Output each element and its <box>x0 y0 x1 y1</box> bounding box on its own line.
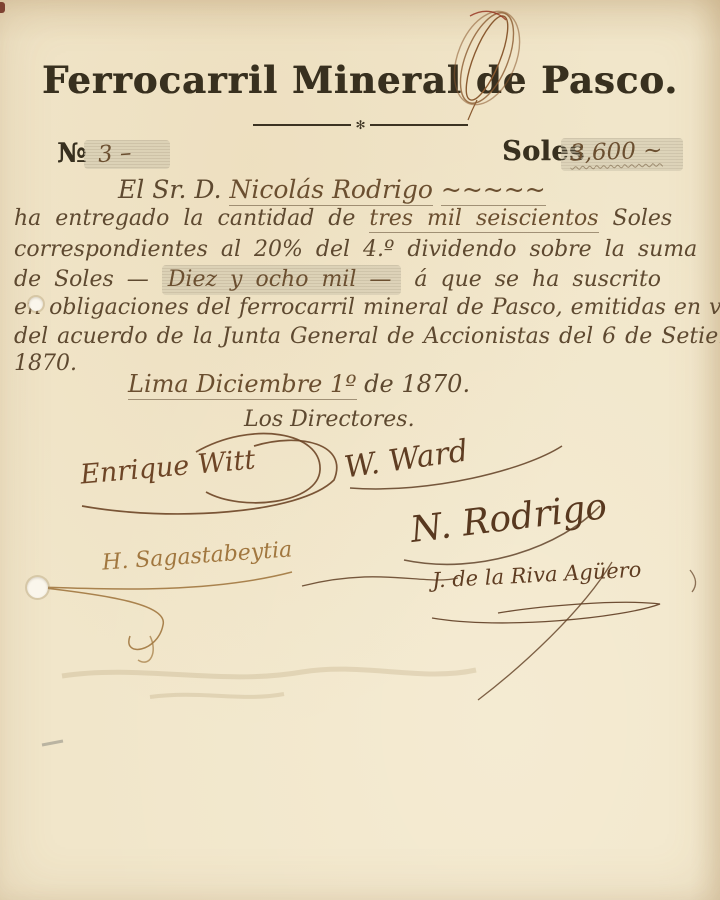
body-line-salutation: El Sr. D. Nicolás Rodrigo ~~~~~ <box>118 176 720 204</box>
divider-line-right <box>370 124 468 126</box>
body-line-2: ha entregado la cantidad de tres mil sei… <box>14 205 708 233</box>
salutation-dash: ~~~~~ <box>441 175 546 206</box>
signature-n-rodrigo: N. Rodrigo <box>408 486 609 551</box>
subscribed-sum-field: Diez y ocho mil — <box>162 265 402 295</box>
divider-line-left <box>253 124 351 126</box>
line2-suffix: Soles <box>613 206 673 231</box>
divider-ornament-icon: ✻ <box>351 120 369 130</box>
dateline: Lima Diciembre 1º de 1870. <box>128 370 470 398</box>
signature-h-sagastabeytia: H. Sagastabeytia <box>101 537 293 575</box>
punch-hole-bottom <box>27 577 48 598</box>
pencil-mark <box>42 741 63 745</box>
line4-printed: de Soles — <box>14 267 149 292</box>
scan-edge-mark <box>0 2 5 13</box>
line2-printed: ha entregado la cantidad de <box>14 206 355 231</box>
flourish-red-tip <box>470 11 506 20</box>
dateline-printed: de 1870. <box>364 370 470 398</box>
bleed-through-writing <box>62 669 476 697</box>
body-line-6: del acuerdo de la Junta General de Accio… <box>14 323 708 351</box>
amount-in-words: tres mil seiscientos <box>369 206 598 233</box>
body-line-5: en obligaciones del ferrocarril mineral … <box>14 294 708 322</box>
signature-w-ward: W. Ward <box>342 434 470 486</box>
directors-label: Los Directores. <box>244 407 415 432</box>
payer-name: Nicolás Rodrigo <box>229 175 432 206</box>
salutation-printed: El Sr. D. <box>118 175 222 204</box>
dateline-filled: Lima Diciembre 1º <box>128 370 357 400</box>
body-line-4: de Soles — Diez y ocho mil — á que se ha… <box>14 266 708 294</box>
number-value: 3 – <box>97 140 132 168</box>
signature-enrique-witt: Enrique Witt <box>79 444 257 490</box>
soles-value: 3,600 ~ <box>570 137 663 166</box>
number-label: № <box>57 138 87 169</box>
signature-j-de-la-riva-aguero: J. de la Riva Agüero <box>432 558 642 593</box>
line4-suffix: á que se ha suscrito <box>414 267 661 292</box>
scanned-certificate: Ferrocarril Mineral de Pasco. ✻ № 3 – So… <box>0 0 720 900</box>
document-title: Ferrocarril Mineral de Pasco. <box>0 58 720 102</box>
punch-hole-top <box>29 297 43 311</box>
sagastabeytia-flourish-icon <box>36 572 292 662</box>
flourish-tail <box>468 100 477 120</box>
title-divider: ✻ <box>253 118 468 132</box>
body-line-3: correspondientes al 20% del 4.º dividend… <box>14 236 708 264</box>
